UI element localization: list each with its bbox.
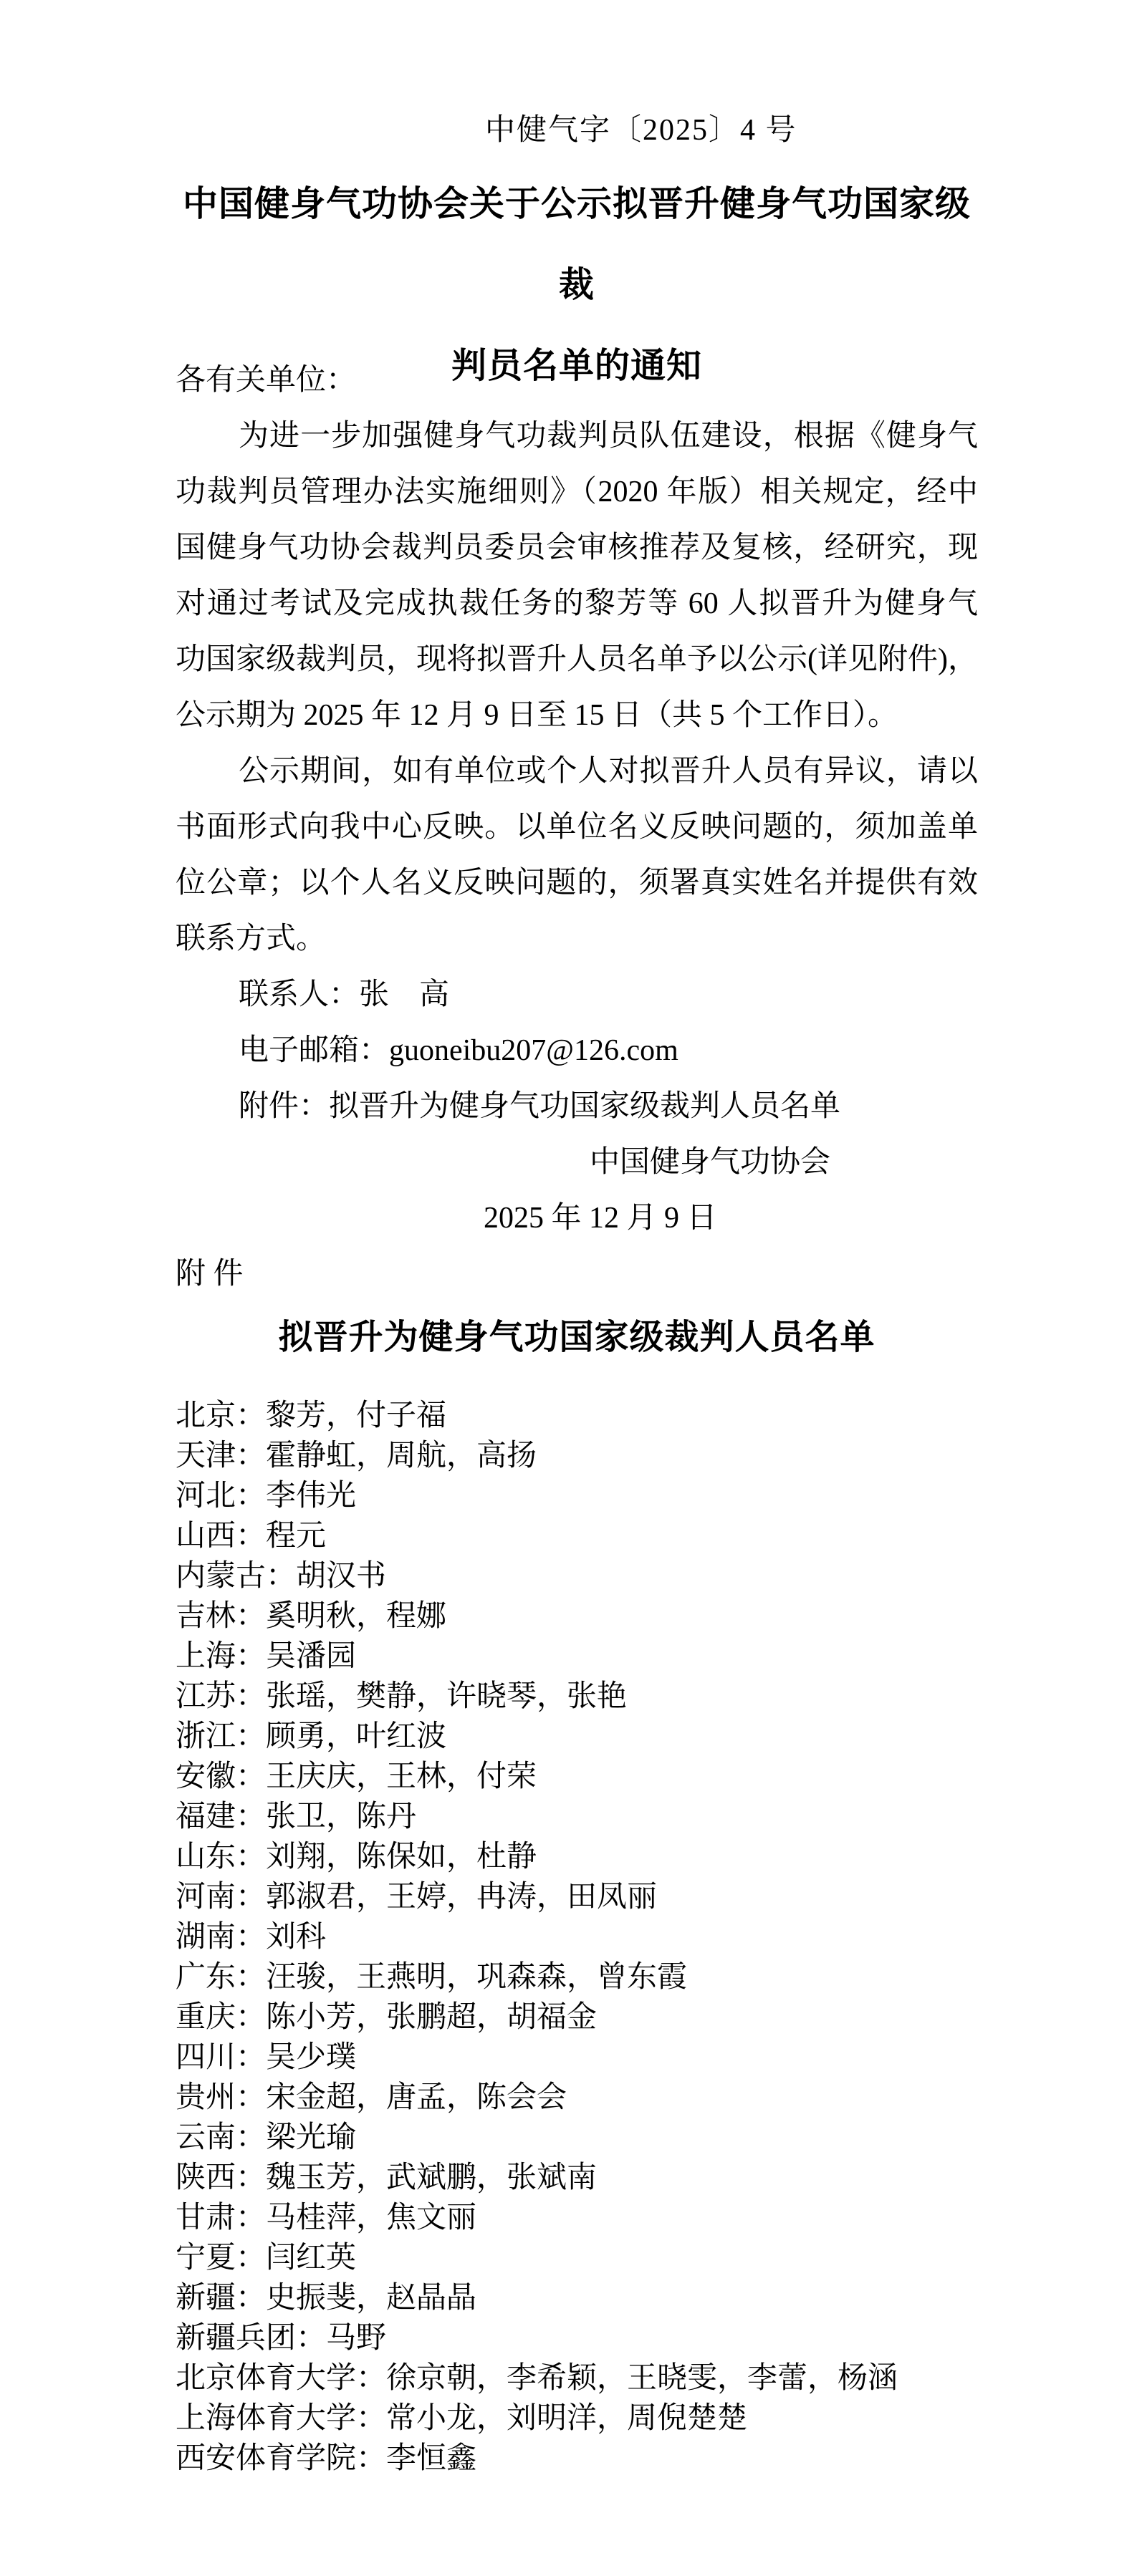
list-item: 安徽：王庆庆，王林，付荣: [176, 1757, 978, 1797]
attachment-title: 拟晋升为健身气功国家级裁判人员名单: [176, 1302, 978, 1374]
list-item: 山东：刘翔，陈保如，杜静: [176, 1837, 978, 1877]
contact-email: 电子邮箱：guoneibu207@126.com: [176, 1023, 978, 1079]
body-line: 书面形式向我中心反映。以单位名义反映问题的，须加盖单: [176, 799, 978, 855]
list-item: 山西：程元: [176, 1516, 978, 1556]
signature-date: 2025 年 12 月 9 日: [176, 1190, 978, 1246]
body-line: 位公章；以个人名义反映问题的，须署真实姓名并提供有效: [176, 855, 978, 911]
list-item: 新疆兵团：马野: [176, 2318, 978, 2358]
document-page: 中健气字〔2025〕4 号 中国健身气功协会关于公示拟晋升健身气功国家级裁 判员…: [0, 0, 1137, 2576]
signature-org: 中国健身气功协会: [176, 1134, 978, 1190]
salutation: 各有关单位：: [176, 352, 978, 408]
list-item: 新疆：史振斐，赵晶晶: [176, 2278, 978, 2318]
list-item: 北京体育大学：徐京朝，李希颖，王晓雯，李蕾，杨涵: [176, 2358, 978, 2398]
list-item: 福建：张卫，陈丹: [176, 1797, 978, 1837]
list-item: 北京：黎芳，付子福: [176, 1396, 978, 1436]
list-item: 宁夏：闫红英: [176, 2238, 978, 2278]
list-item: 陕西：魏玉芳，武斌鹏，张斌南: [176, 2158, 978, 2198]
list-item: 西安体育学院：李恒鑫: [176, 2438, 978, 2479]
document-number: 中健气字〔2025〕4 号: [485, 115, 797, 146]
list-item: 上海体育大学：常小龙，刘明洋，周倪楚楚: [176, 2398, 978, 2438]
body-line: 对通过考试及完成执裁任务的黎芳等 60 人拟晋升为健身气: [176, 576, 978, 632]
attachment-heading: 附 件: [176, 1246, 978, 1302]
list-item: 浙江：顾勇，叶红波: [176, 1717, 978, 1757]
list-item: 江苏：张瑶，樊静，许晓琴，张艳: [176, 1677, 978, 1717]
document-title-line-1: 中国健身气功协会关于公示拟晋升健身气功国家级裁: [176, 163, 978, 325]
list-item: 贵州：宋金超，唐孟，陈会会: [176, 2078, 978, 2118]
list-item: 甘肃：马桂萍，焦文丽: [176, 2198, 978, 2238]
list-item: 吉林：奚明秋，程娜: [176, 1596, 978, 1636]
body-line: 公示期为 2025 年 12 月 9 日至 15 日（共 5 个工作日）。: [176, 688, 978, 743]
list-item: 重庆：陈小芳，张鹏超，胡福金: [176, 1997, 978, 2037]
body-line: 功裁判员管理办法实施细则》（2020 年版）相关规定，经中: [176, 464, 978, 520]
list-item: 内蒙古：胡汉书: [176, 1556, 978, 1596]
list-item: 四川：吴少璞: [176, 2037, 978, 2078]
document-body: 各有关单位： 为进一步加强健身气功裁判员队伍建设，根据《健身气 功裁判员管理办法…: [176, 352, 978, 2479]
body-line: 功国家级裁判员，现将拟晋升人员名单予以公示(详见附件)，: [176, 632, 978, 688]
list-item: 天津：霍静虹，周航，高扬: [176, 1436, 978, 1476]
body-line: 国健身气功协会裁判员委员会审核推荐及复核，经研究，现: [176, 520, 978, 576]
body-line: 为进一步加强健身气功裁判员队伍建设，根据《健身气: [176, 408, 978, 464]
list-item: 云南：梁光瑜: [176, 2118, 978, 2158]
referee-list: 北京：黎芳，付子福 天津：霍静虹，周航，高扬 河北：李伟光 山西：程元 内蒙古：…: [176, 1396, 978, 2479]
attachment-note: 附件：拟晋升为健身气功国家级裁判人员名单: [176, 1079, 978, 1134]
contact-person: 联系人：张 高: [176, 967, 978, 1023]
list-item: 广东：汪骏，王燕明，巩森森，曾东霞: [176, 1957, 978, 1997]
body-line: 联系方式。: [176, 911, 978, 967]
list-item: 上海：吴潘园: [176, 1636, 978, 1677]
list-item: 河北：李伟光: [176, 1476, 978, 1516]
list-item: 湖南：刘科: [176, 1917, 978, 1957]
list-item: 河南：郭淑君，王婷，冉涛，田凤丽: [176, 1877, 978, 1917]
body-line: 公示期间，如有单位或个人对拟晋升人员有异议，请以: [176, 743, 978, 799]
